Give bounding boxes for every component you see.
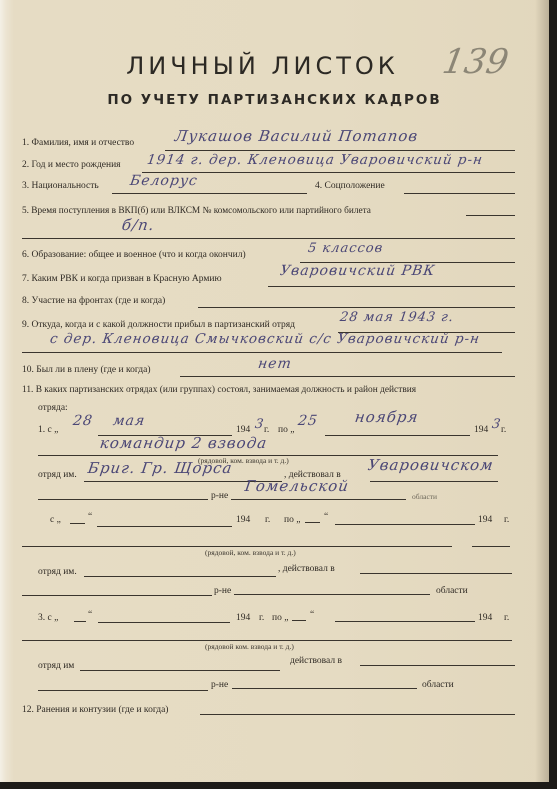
field-10-line [180,376,515,377]
det1-to-month: ноября [354,408,420,426]
field-12-line [200,714,515,715]
field-10-label: 10. Был ли в плену (где и когда) [22,365,151,375]
document-page: ЛИЧНЫЙ ЛИСТОК 139 ПО УЧЕТУ ПАРТИЗАНСКИХ … [0,0,549,782]
det3-region-suffix: области [422,680,454,690]
det3-from-day-line [74,621,86,622]
det3-district-line [360,665,515,666]
det1-region-line [231,499,406,500]
field-12-label: 12. Ранения и контузии (где и когда) [22,705,168,715]
det2-acted-label: , действовал в [278,564,335,574]
det3-to-day-line [292,620,306,621]
det3-quote: “ [88,610,92,620]
field-3-line [112,193,307,194]
det2-unit-label: отряд им. [38,567,77,577]
det3-unit-label: отряд им [38,661,74,671]
field-8-line [198,307,515,308]
field-1-value: Лукашов Василий Потапов [174,127,420,145]
field-11-label: 11. В каких партизанских отрядах (или гр… [22,385,416,395]
field-4-line [404,193,515,194]
det1-from-day: 28 [72,413,94,429]
field-4-label: 4. Соцположение [315,181,385,191]
page-number-handwritten: 139 [439,42,511,82]
det2-from-label: с „ [50,515,61,525]
field-5-value: б/п. [121,216,156,234]
det2-position-line-b [472,546,510,547]
det1-to-day: 25 [297,413,319,429]
det2-district-suffix: р-не [214,586,231,596]
det1-from-label: 1. с „ [38,425,58,435]
field-7-value: Уваровичский РВК [279,263,436,279]
field-9-value: 28 мая 1943 г. [339,310,455,325]
det2-district-line-b [22,595,212,596]
document-subtitle: ПО УЧЕТУ ПАРТИЗАНСКИХ КАДРОВ [0,92,549,108]
det1-from-month: мая [112,413,146,429]
det3-to-month-line [335,621,475,622]
det2-to-label: по „ [284,515,300,525]
det3-district-line-b [38,690,208,691]
det1-unit: Бриг. Гр. Щорса [87,459,234,477]
det3-from-month-line [98,622,230,623]
field-2-value: 1914 г. дер. Кленовица Уваровичский р-н [146,152,484,168]
det1-district-suffix: р-не [211,491,228,501]
field-11-label-cont: отряда: [38,403,68,413]
det1-region-suffix: области [412,492,437,501]
det3-district-suffix: р-не [211,680,228,690]
det3-to-year-suffix: г. [504,613,509,623]
field-3-label: 3. Национальность [22,181,99,191]
det1-region: Гомельской [244,477,351,495]
det2-to-day-line [305,522,320,523]
det2-region-line [234,594,430,595]
det1-unit-label: отряд им. [38,470,77,480]
field-2-label: 2. Год и место рождения [22,160,121,170]
det3-from-year-prefix: 194 [236,613,250,623]
field-1-line [165,150,515,151]
field-5-label: 5. Время поступления в ВКП(б) или ВЛКСМ … [22,206,371,216]
field-6-label: 6. Образование: общее и военное (что и к… [22,250,246,260]
det1-position: командир 2 взвода [99,434,269,452]
det1-district-line [370,481,498,482]
det2-to-year-suffix: г. [504,515,509,525]
field-9-value-line2: с дер. Кленовица Смычковский с/с Уварови… [49,331,481,347]
det3-from-year-suffix: г. [259,613,264,623]
det3-to-label: по „ [272,613,288,623]
det2-position-hint: (рядовой, ком. взвода и т. д.) [205,548,296,557]
field-9-line-b [22,352,502,353]
det1-to-year-prefix: 194 [474,425,488,435]
det2-from-day-line [70,523,85,524]
det2-region-suffix: области [436,586,468,596]
det3-position-line [22,640,512,641]
field-1-label: 1. Фамилия, имя и отчество [22,138,134,148]
det3-region-line [232,688,417,689]
det3-acted-label: действовал в [290,656,342,666]
det2-from-month-line [97,526,232,527]
field-3-value: Белорус [129,173,199,189]
det3-to-year-prefix: 194 [478,613,492,623]
det2-to-year-prefix: 194 [478,515,492,525]
det1-to-label: по „ [278,425,294,435]
det2-from-year-prefix: 194 [236,515,250,525]
det1-to-year-suffix: г. [501,425,506,435]
field-8-label: 8. Участие на фронтах (где и когда) [22,296,165,306]
field-7-line [268,286,515,287]
field-9-label: 9. Откуда, когда и с какой должности при… [22,320,295,330]
field-10-value: нет [257,356,293,372]
det1-district: Уваровичском [367,456,495,474]
det3-unit-line [80,670,280,671]
det3-to-quote: “ [310,610,314,620]
field-7-label: 7. Каким РВК и когда призван в Красную А… [22,274,222,284]
field-5-line-b [22,238,515,239]
det2-district-line [360,573,512,574]
det2-from-year-suffix: г. [265,515,270,525]
det1-district-line-b [38,499,208,500]
field-6-value: 5 классов [307,241,384,256]
field-5-line-a [466,215,515,216]
det3-from-label: 3. с „ [38,613,58,623]
det2-to-month-line [335,524,475,525]
det1-to-month-line [325,435,470,436]
det3-position-hint: (рядовой ком. взвода и т. д.) [205,642,294,651]
det2-unit-line [84,576,276,577]
det2-position-line [22,546,452,547]
det2-to-quote: “ [324,512,328,522]
det2-quote: “ [88,512,92,522]
